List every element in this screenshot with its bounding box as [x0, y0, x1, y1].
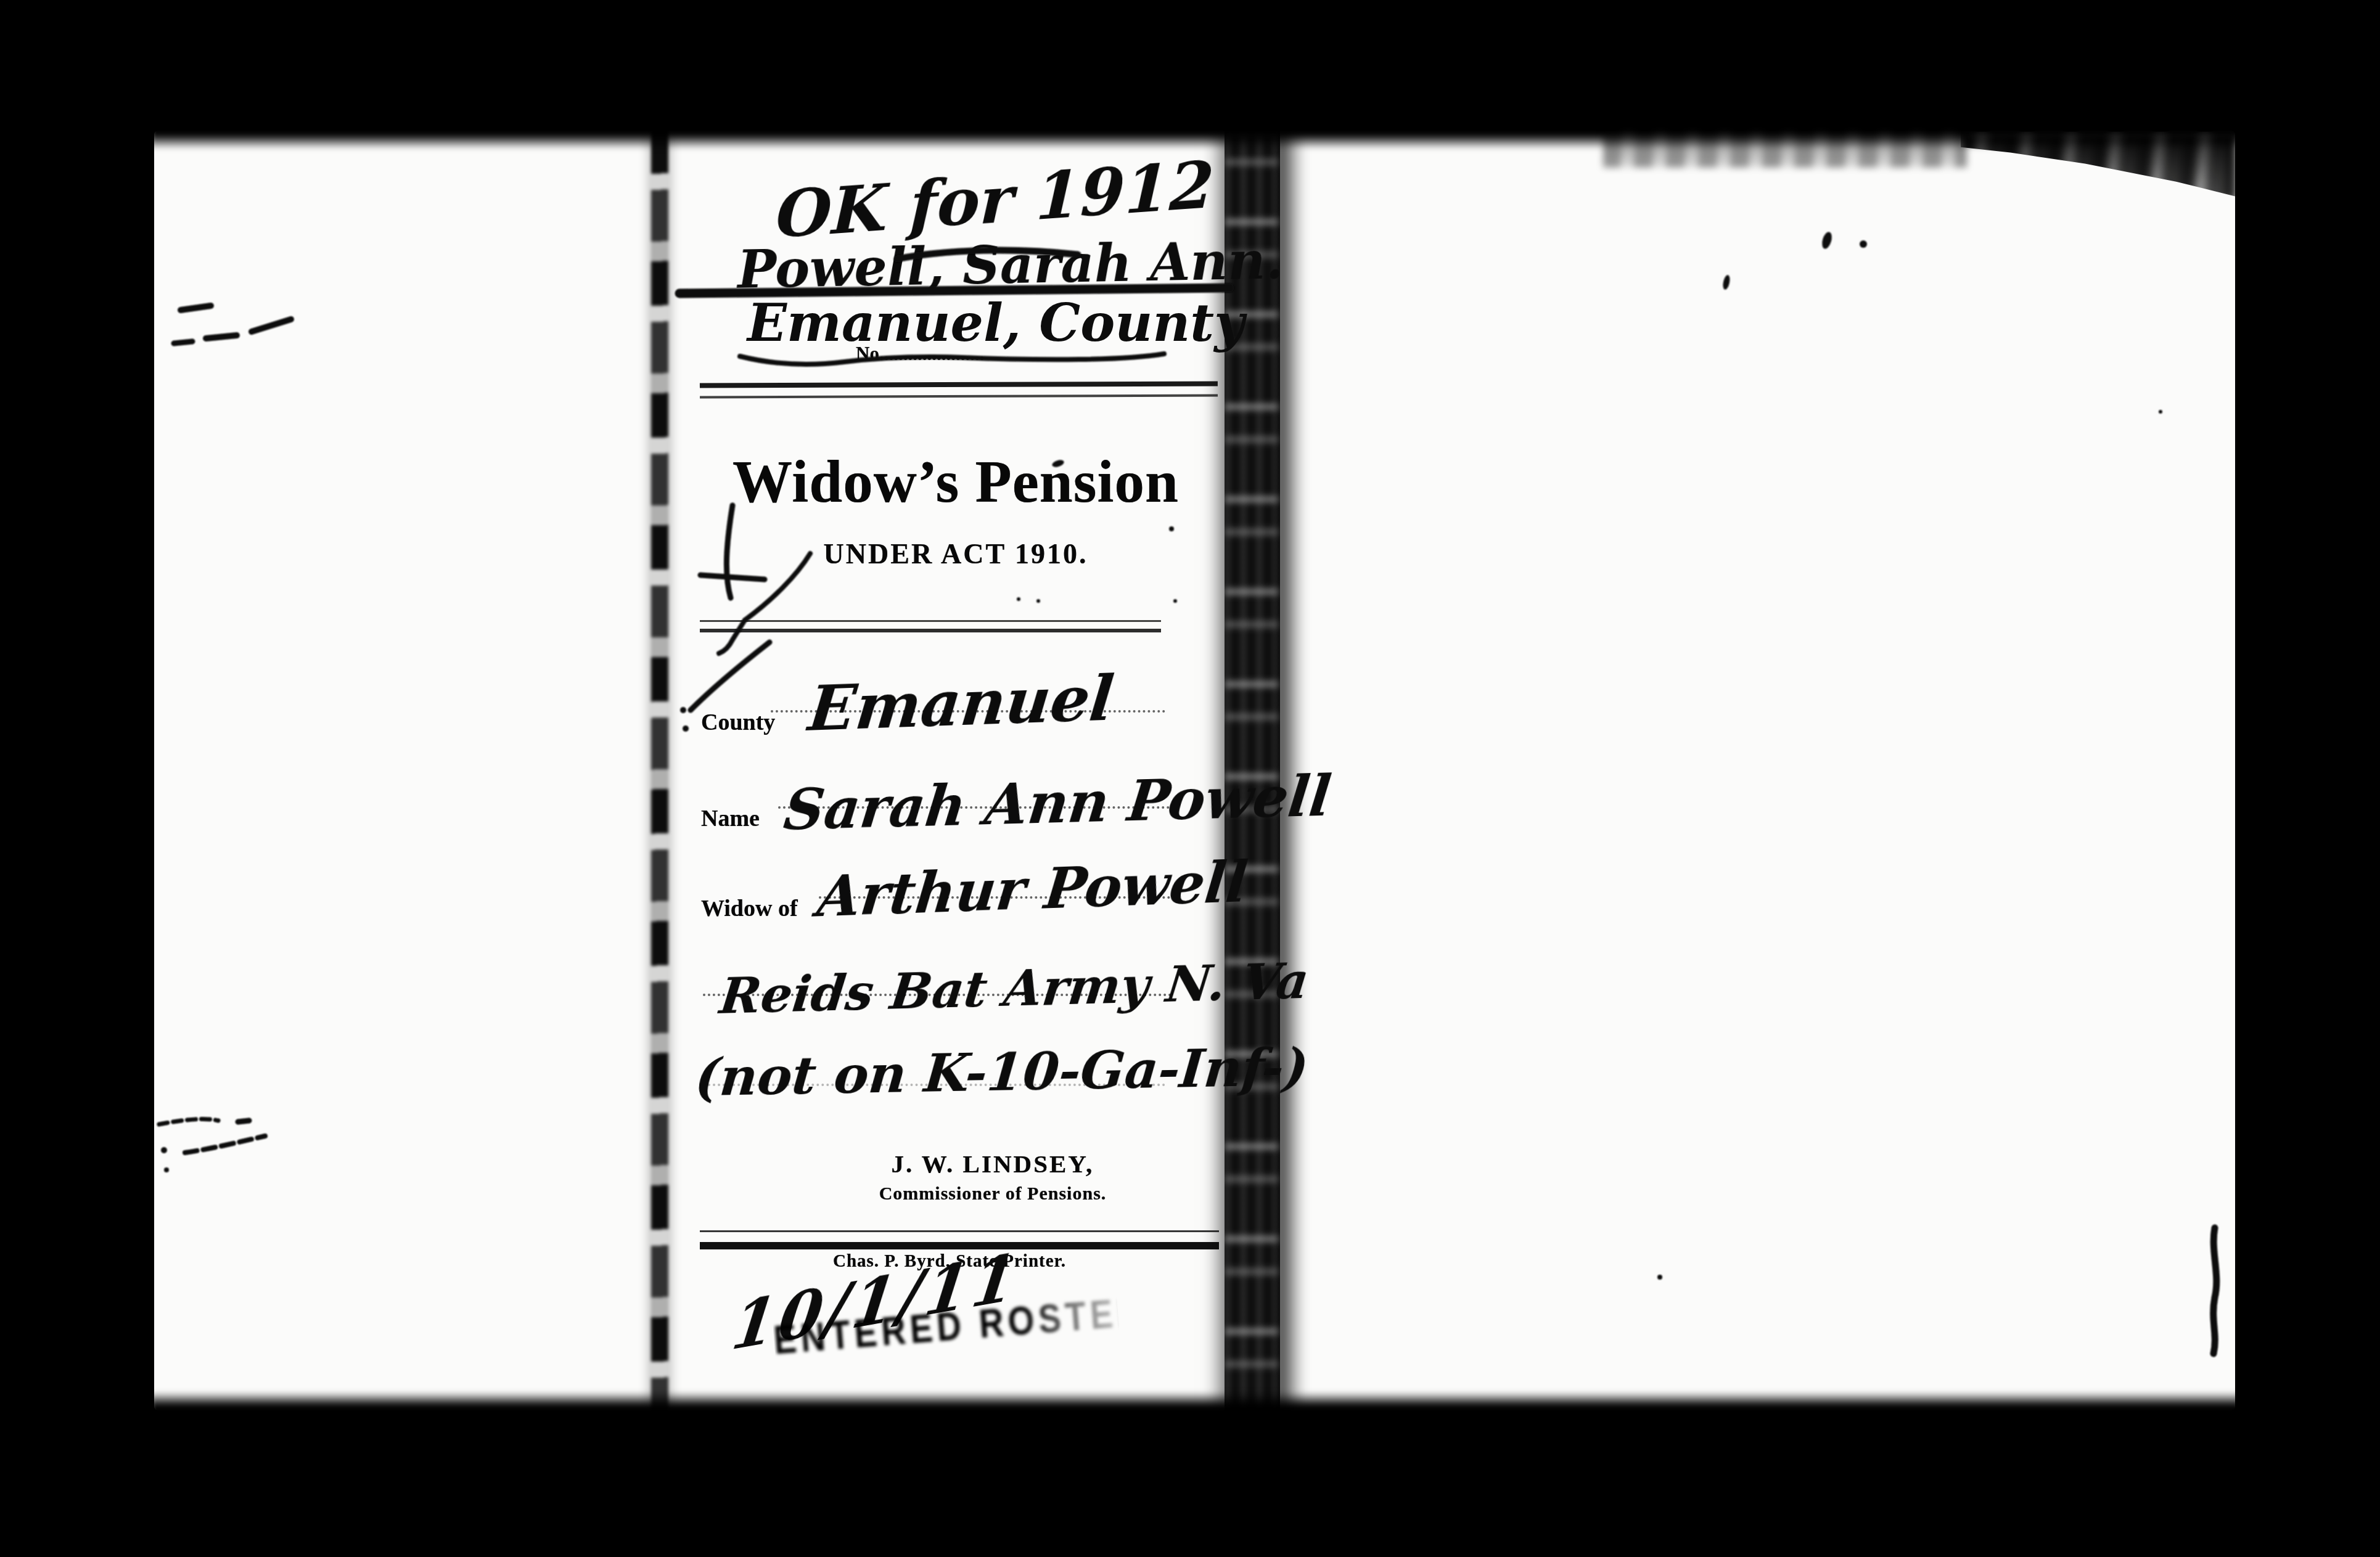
- scanned-document-page: OK for 1912 Powell, Sarah Ann. Emanuel, …: [0, 0, 2380, 1557]
- handwriting-strokes: [0, 0, 2380, 1557]
